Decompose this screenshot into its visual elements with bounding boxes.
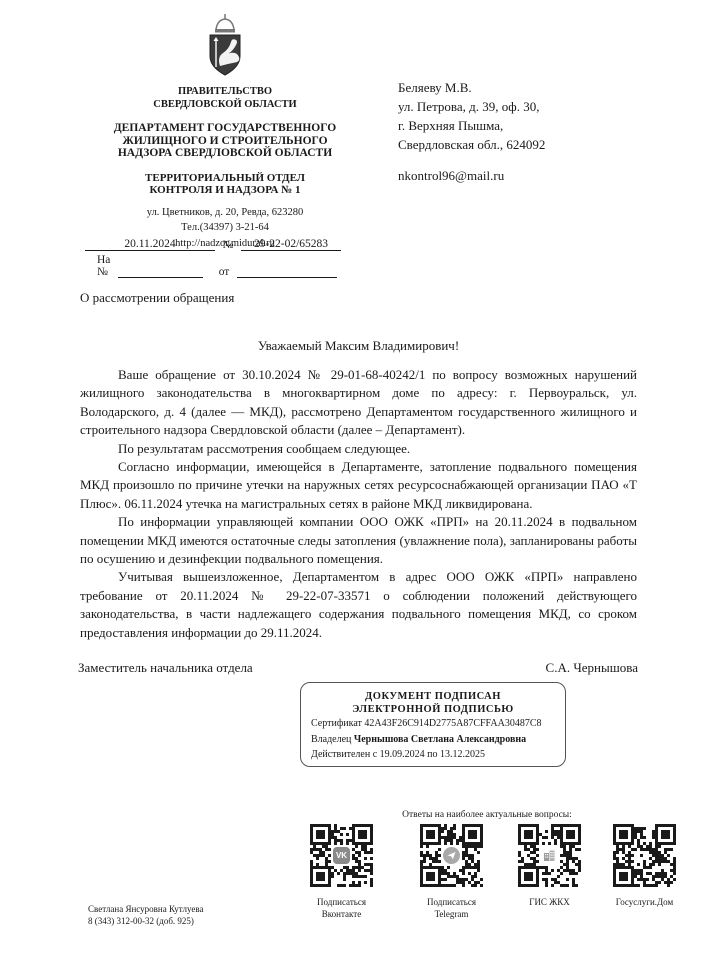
letterhead-street: ул. Цветников, д. 20, Ревда, 623280 [85, 205, 365, 221]
number-sign: № [215, 239, 241, 251]
qr-label-telegram-line2: Telegram [420, 909, 483, 921]
government-name-line1: ПРАВИТЕЛЬСТВО [85, 86, 365, 99]
department-name-line3: НАДЗОРА СВЕРДЛОВСКОЙ ОБЛАСТИ [85, 147, 365, 160]
recipient-name: Беляеву М.В. [398, 78, 545, 97]
telegram-qr-code [420, 824, 483, 887]
qr-section-header: Ответы на наиболее актуальные вопросы: [287, 810, 687, 820]
recipient-address-line3: Свердловская обл., 624092 [398, 135, 545, 154]
executor-contact: Светлана Янсуровна Кутлуева 8 (343) 312-… [88, 903, 203, 927]
stamp-title-line1: ДОКУМЕНТ ПОДПИСАН [311, 690, 555, 703]
qr-label-vk-line2: Вконтакте [310, 909, 373, 921]
department-name-line1: ДЕПАРТАМЕНТ ГОСУДАРСТВЕННОГО [85, 122, 365, 135]
qr-block-telegram: Подписаться Telegram [420, 824, 483, 920]
body-paragraph-1: Ваше обращение от 30.10.2024 № 29-01-68-… [80, 366, 637, 440]
body-paragraph-4: По информации управляющей компании ООО О… [80, 513, 637, 568]
recipient-address-line1: ул. Петрова, д. 39, оф. 30, [398, 97, 545, 116]
letterhead-phone: Тел.(34397) 3-21-64 [85, 220, 365, 236]
reference-row-date: 20.11.2024 № 29-22-02/65283 [85, 238, 341, 251]
stamp-certificate-line: Сертификат 42A43F26C914D2775A87CFFAA3048… [311, 717, 555, 732]
recipient-address-line2: г. Верхняя Пышма, [398, 116, 545, 135]
qr-label-gis: ГИС ЖКХ [518, 897, 581, 909]
owner-value: Чернышова Светлана Александровна [354, 734, 526, 745]
subject-line: О рассмотрении обращения [80, 290, 234, 306]
qr-label-gis-line1: ГИС ЖКХ [518, 897, 581, 909]
qr-block-gosuslugi: Госуслуги.Дом [613, 824, 676, 909]
greeting-line: Уважаемый Максим Владимирович! [80, 338, 637, 354]
certificate-label: Сертификат [311, 718, 364, 729]
gis-qr-code [518, 824, 581, 887]
government-name-line2: СВЕРДЛОВСКОЙ ОБЛАСТИ [85, 99, 365, 112]
reference-row-reply: На № от [85, 254, 341, 278]
body-paragraph-2: По результатам рассмотрения сообщаем сле… [80, 440, 637, 458]
recipient-block: Беляеву М.В. ул. Петрова, д. 39, оф. 30,… [398, 78, 545, 185]
stamp-owner-line: Владелец Чернышова Светлана Александровн… [311, 733, 555, 748]
qr-block-vk: VK Подписаться Вконтакте [310, 824, 373, 920]
qr-label-vk-line1: Подписаться [310, 897, 373, 909]
signer-name: С.А. Чернышова [546, 660, 638, 676]
building-icon [539, 845, 560, 866]
gosuslugi-qr-code [613, 824, 676, 887]
signature-row: Заместитель начальника отдела С.А. Черны… [78, 660, 638, 676]
body-paragraph-5: Учитывая вышеизложенное, Департаментом в… [80, 568, 637, 642]
vk-qr-code: VK [310, 824, 373, 887]
department-name-line2: ЖИЛИЩНОГО И СТРОИТЕЛЬНОГО [85, 135, 365, 148]
from-label: от [211, 266, 237, 278]
body-paragraph-3: Согласно информации, имеющейся в Департа… [80, 458, 637, 513]
qr-block-gis: ГИС ЖКХ [518, 824, 581, 909]
telegram-icon [441, 845, 462, 866]
signer-position: Заместитель начальника отдела [78, 660, 253, 676]
stamp-title-line2: ЭЛЕКТРОННОЙ ПОДПИСЬЮ [311, 703, 555, 716]
division-name-line1: ТЕРРИТОРИАЛЬНЫЙ ОТДЕЛ [85, 172, 365, 185]
reply-date-blank [237, 264, 337, 278]
division-name-line2: КОНТРОЛЯ И НАДЗОРА № 1 [85, 184, 365, 197]
qr-label-telegram-line1: Подписаться [420, 897, 483, 909]
letter-body: Ваше обращение от 30.10.2024 № 29-01-68-… [80, 366, 637, 642]
executor-phone: 8 (343) 312-00-32 (доб. 925) [88, 915, 203, 927]
qr-label-gosuslugi: Госуслуги.Дом [613, 897, 676, 909]
letter-date: 20.11.2024 [85, 238, 215, 251]
letter-number: 29-22-02/65283 [241, 238, 341, 251]
letterhead: ПРАВИТЕЛЬСТВО СВЕРДЛОВСКОЙ ОБЛАСТИ ДЕПАР… [85, 14, 365, 251]
executor-name: Светлана Янсуровна Кутлуева [88, 903, 203, 915]
document-page: ПРАВИТЕЛЬСТВО СВЕРДЛОВСКОЙ ОБЛАСТИ ДЕПАР… [0, 0, 706, 963]
recipient-email: nkontrol96@mail.ru [398, 166, 545, 185]
qr-label-vk: Подписаться Вконтакте [310, 897, 373, 920]
qr-label-telegram: Подписаться Telegram [420, 897, 483, 920]
qr-label-gosuslugi-line1: Госуслуги.Дом [613, 897, 676, 909]
owner-label: Владелец [311, 734, 354, 745]
coat-of-arms-icon [202, 14, 248, 83]
reference-block: 20.11.2024 № 29-22-02/65283 На № от [85, 238, 341, 278]
vk-icon: VK [331, 845, 352, 866]
esignature-stamp: ДОКУМЕНТ ПОДПИСАН ЭЛЕКТРОННОЙ ПОДПИСЬЮ С… [300, 682, 566, 767]
reply-to-label: На № [85, 254, 118, 278]
reply-number-blank [118, 264, 203, 278]
certificate-value: 42A43F26C914D2775A87CFFAA30487C8 [364, 718, 541, 729]
stamp-validity-line: Действителен с 19.09.2024 по 13.12.2025 [311, 748, 555, 763]
